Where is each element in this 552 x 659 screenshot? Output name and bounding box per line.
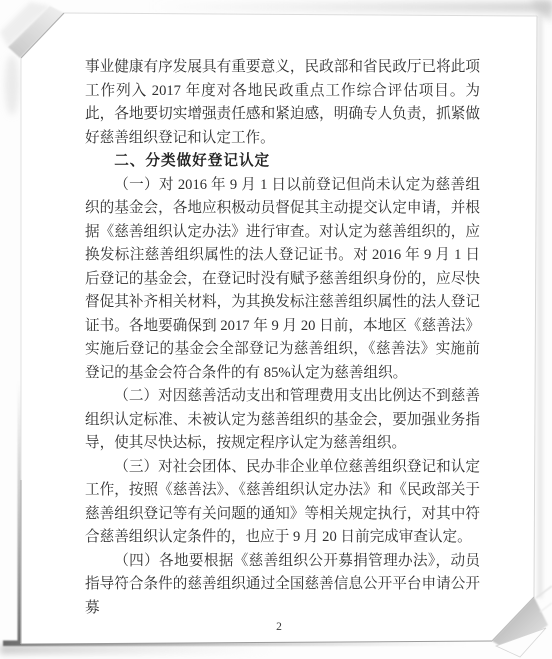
top-edge-shadow [150, 2, 552, 12]
section-heading: 二、分类做好登记认定 [85, 150, 480, 174]
paragraph-item-2: （二）对因慈善活动支出和管理费用支出比例达不到慈善组织认定标准、未被认定为慈善组… [85, 385, 480, 456]
bottom-shadow-glow [0, 645, 280, 654]
paragraph-item-3: （三）对社会团体、民办非企业单位慈善组织登记和认定工作，按照《慈善法》、《慈善组… [85, 456, 480, 550]
page-number: 2 [20, 621, 538, 633]
paragraph-item-4: （四）各地要根据《慈善组织公开募捐管理办法》，动员指导符合条件的慈善组织通过全国… [85, 550, 480, 621]
right-edge-shadow [538, 14, 544, 598]
page-content: 事业健康有序发展具有重要意义，民政部和省民政厅已将此项工作列入 2017 年度对… [85, 56, 480, 620]
paragraph-item-1: （一）对 2016 年 9 月 1 日以前登记但尚未认定为慈善组织的基金会，各地… [85, 174, 480, 386]
document-page: 事业健康有序发展具有重要意义，民政部和省民政厅已将此项工作列入 2017 年度对… [20, 12, 538, 646]
page-curl-flap [496, 628, 546, 657]
page-curl-streak-2 [540, 603, 552, 612]
corner-fold-soft-shadow [5, 55, 19, 115]
paragraph-continuation: 事业健康有序发展具有重要意义，民政部和省民政厅已将此项工作列入 2017 年度对… [85, 56, 480, 150]
page-curl-streak [536, 586, 552, 598]
